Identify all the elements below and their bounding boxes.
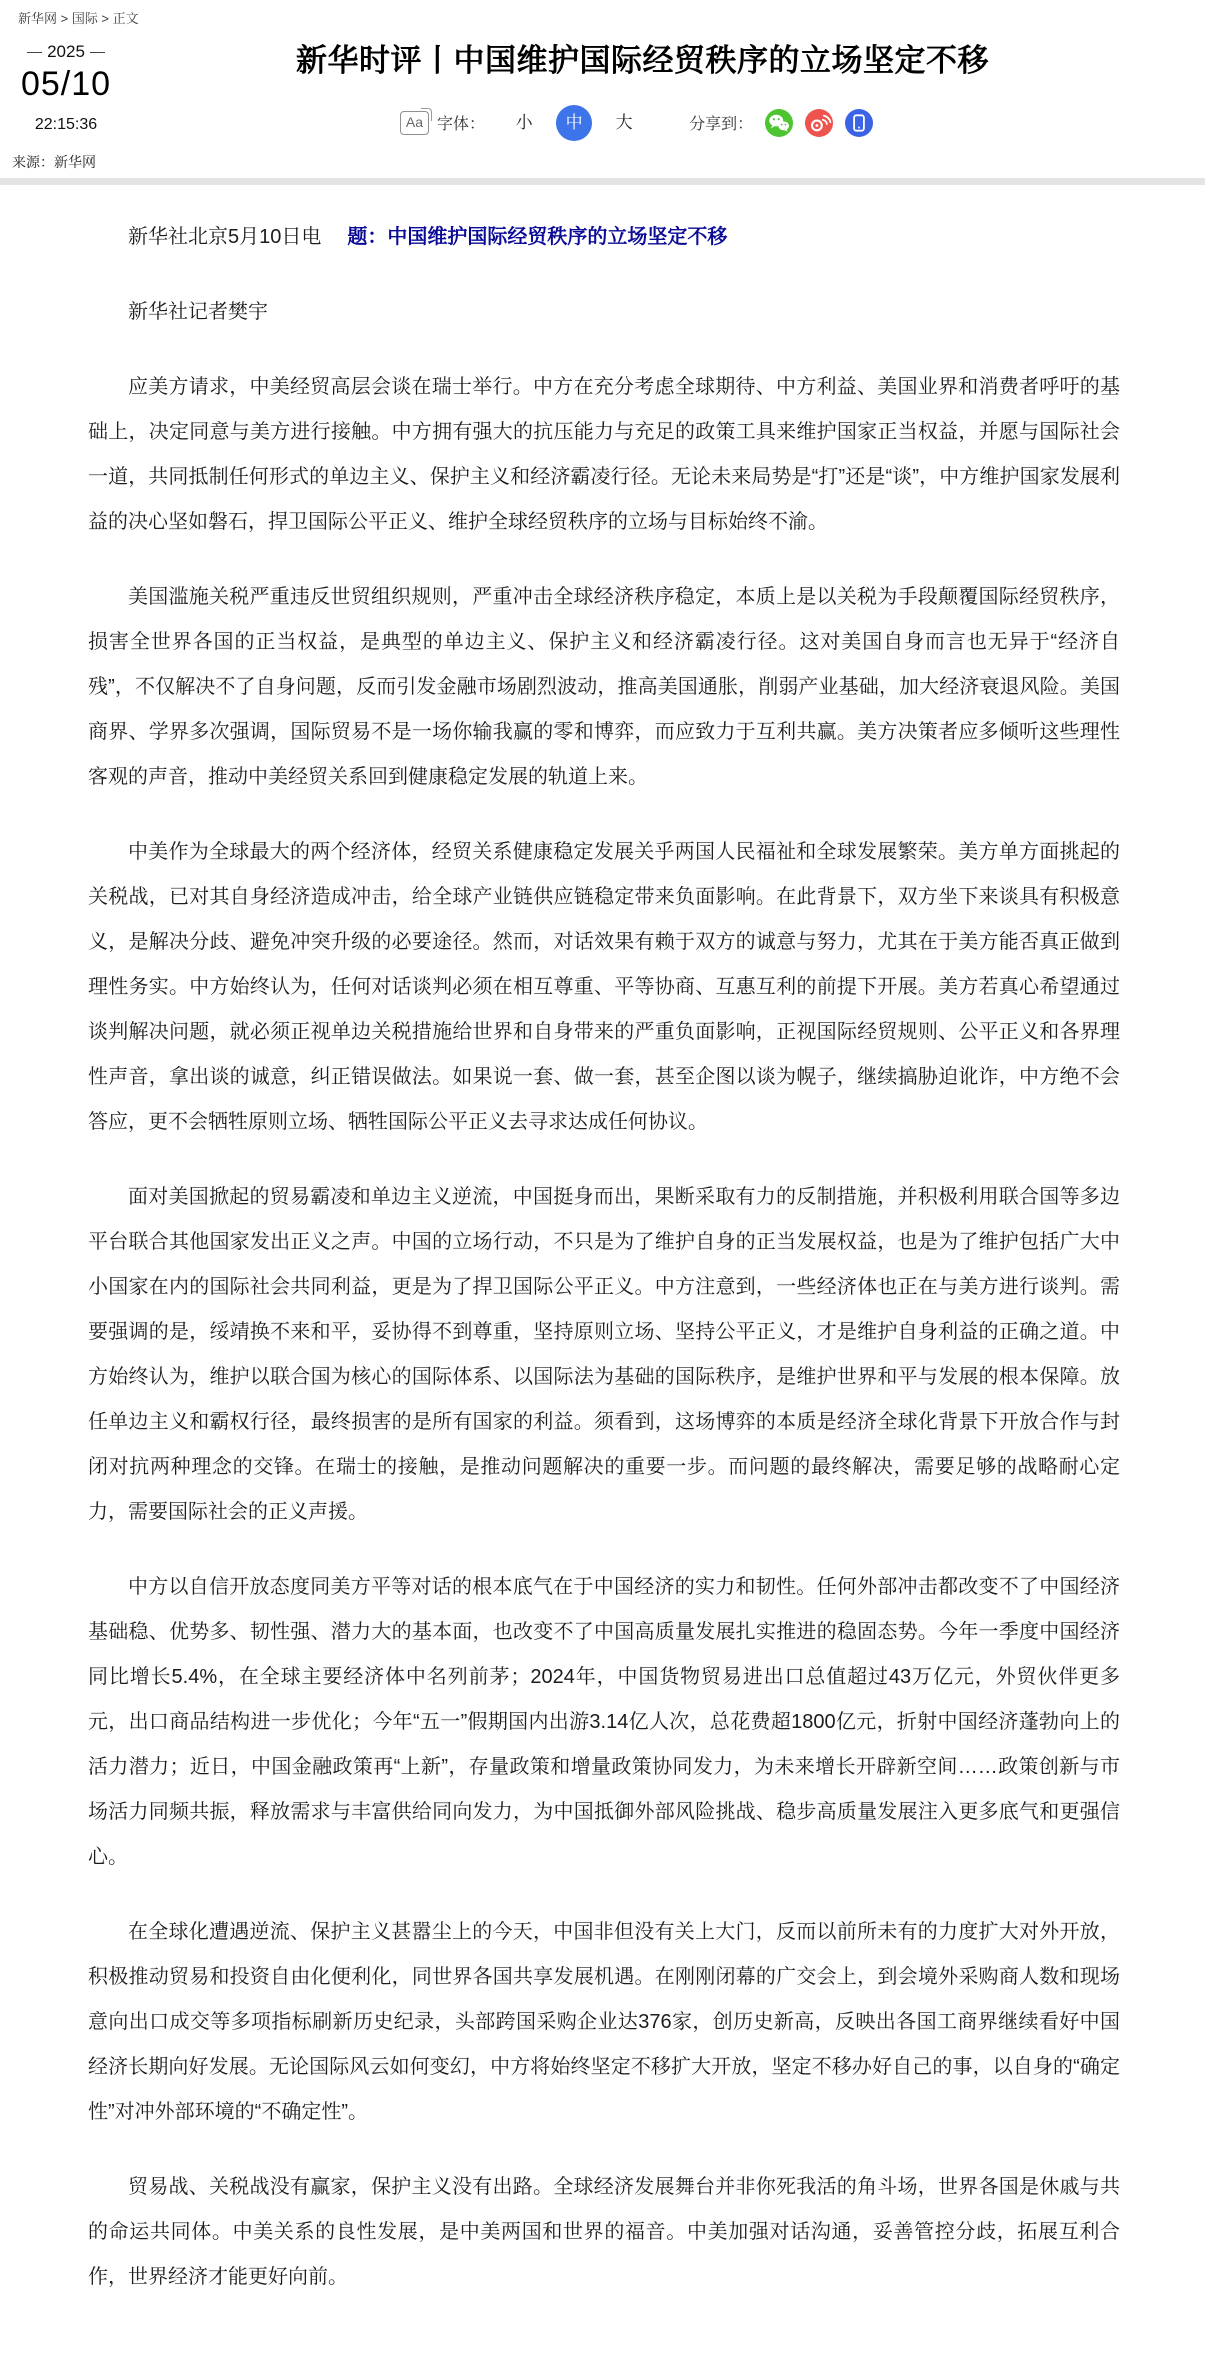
toolbar: Aa 字体： 小 中 大 分享到： — [130, 105, 1155, 141]
dateline: 新华社北京5月10日电 — [128, 226, 321, 248]
font-medium-button[interactable]: 中 — [556, 105, 592, 141]
page: 新华网 > 国际 > 正文 2025 05/10 22:15:36 来源：新华网… — [0, 0, 1205, 2375]
page-title: 新华时评丨中国维护国际经贸秩序的立场坚定不移 — [130, 42, 1155, 81]
header-center: 新华时评丨中国维护国际经贸秩序的立场坚定不移 Aa 字体： 小 中 大 分享到： — [130, 0, 1155, 141]
article-year: 2025 — [10, 42, 122, 62]
year-text: 2025 — [47, 42, 85, 62]
article-subject: 题：中国维护国际经贸秩序的立场坚定不移 — [347, 226, 727, 248]
year-dash-left — [27, 52, 42, 53]
header-divider — [0, 178, 1205, 185]
mobile-share-icon[interactable] — [845, 109, 873, 137]
font-size-icon: Aa — [400, 111, 429, 135]
article-time: 22:15:36 — [10, 116, 122, 134]
paragraph: 面对美国掀起的贸易霸凌和单边主义逆流，中国挺身而出，果断采取有力的反制措施，并积… — [88, 1175, 1120, 1535]
article-body: 新华社北京5月10日电题：中国维护国际经贸秩序的立场坚定不移 新华社记者樊宇 应… — [88, 215, 1120, 2375]
year-dash-right — [90, 52, 105, 53]
article-header: 2025 05/10 22:15:36 来源：新华网 新华时评丨中国维护国际经贸… — [0, 0, 1205, 178]
font-label: 字体： — [437, 111, 485, 134]
article-date: 05/10 — [10, 65, 122, 104]
date-block: 2025 05/10 22:15:36 来源：新华网 — [10, 42, 122, 172]
share-label: 分享到： — [689, 111, 753, 134]
paragraph: 中美作为全球最大的两个经济体，经贸关系健康稳定发展关乎两国人民福祉和全球发展繁荣… — [88, 830, 1120, 1145]
paragraph: 美国滥施关税严重违反世贸组织规则，严重冲击全球经济秩序稳定，本质上是以关税为手段… — [88, 575, 1120, 800]
paragraph: 贸易战、关税战没有赢家，保护主义没有出路。全球经济发展舞台并非你死我活的角斗场，… — [88, 2165, 1120, 2300]
lead-paragraph: 新华社北京5月10日电题：中国维护国际经贸秩序的立场坚定不移 — [88, 215, 1120, 260]
paragraph: 应美方请求，中美经贸高层会谈在瑞士举行。中方在充分考虑全球期待、中方利益、美国业… — [88, 365, 1120, 545]
wechat-share-icon[interactable] — [765, 109, 793, 137]
font-small-button[interactable]: 小 — [506, 105, 542, 141]
font-large-button[interactable]: 大 — [606, 105, 642, 141]
paragraph: 在全球化遭遇逆流、保护主义甚嚣尘上的今天，中国非但没有关上大门，反而以前所未有的… — [88, 1910, 1120, 2135]
byline: 新华社记者樊宇 — [88, 290, 1120, 335]
weibo-share-icon[interactable] — [805, 109, 833, 137]
paragraph: 中方以自信开放态度同美方平等对话的根本底气在于中国经济的实力和韧性。任何外部冲击… — [88, 1565, 1120, 1880]
article-source: 来源：新华网 — [10, 152, 122, 172]
